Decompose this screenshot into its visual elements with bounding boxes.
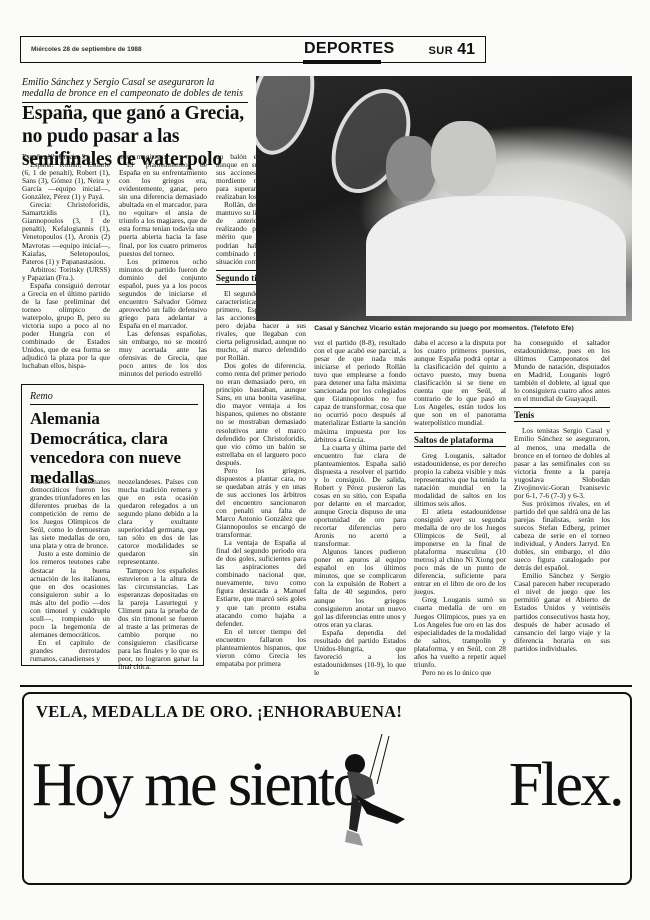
article-column-2: nos y magiares. El planteamiento de Espa…: [119, 153, 207, 378]
player-head: [431, 121, 496, 196]
paragraph: Los alemanes democráticos fueron los gra…: [30, 478, 110, 550]
paragraph: Greg Louganis, saltador estadounidense, …: [414, 452, 506, 508]
paragraph: En el tercer tiempo del encuentro fallar…: [216, 628, 306, 668]
paper-name: SUR: [428, 45, 453, 57]
paragraph: España: Rollán, Estiarte (6, 1 de penalt…: [22, 161, 110, 201]
player-shape: [366, 196, 626, 316]
paragraph: Greg Louganis sumó su cuarta medalla de …: [414, 596, 506, 668]
paragraph: Las defensas españolas, sin embargo, no …: [119, 330, 207, 378]
article-kicker: Emilio Sánchez y Sergio Casal se asegura…: [22, 77, 248, 103]
paragraph: Arbitros: Toritsky (URSS) y Papazian (Fr…: [22, 266, 110, 282]
paragraph: Dos goles de diferencia, como renta del …: [216, 362, 306, 467]
paragraph: Los tenistas Sergio Casal y Emilio Sánch…: [514, 427, 610, 499]
tennis-photo: [256, 76, 632, 321]
paragraph: El atleta estadounidense consiguió ayer …: [414, 508, 506, 597]
ad-top-line: VELA, MEDALLA DE ORO. ¡ENHORABUENA!: [36, 702, 402, 722]
article-column-1: España, 12; Grecia, 9. España: Rollán, E…: [22, 153, 110, 370]
paragraph: Tampoco los españoles estuvieron a la al…: [118, 567, 198, 672]
page-header: Miércoles 28 de septiembre de 1988 DEPOR…: [20, 36, 486, 63]
remo-headline: Alemania Democrática, clara vencedora co…: [30, 409, 200, 487]
paragraph: En el capítulo de grandes derrotados rum…: [30, 639, 110, 663]
paragraph: Algunos lances pudieron poner en apuros …: [314, 548, 406, 628]
remo-article-box: Remo Alemania Democrática, clara vencedo…: [21, 384, 204, 666]
paragraph: neozelandeses. Países con mucha tradició…: [118, 478, 198, 567]
subhead-saltos: Saltos de plataforma: [414, 432, 506, 447]
paper-masthead: SUR41: [428, 41, 475, 59]
paragraph: El planteamiento de España en su enfrent…: [119, 161, 207, 258]
paragraph: Los primeros ocho minutos de partido fue…: [119, 258, 207, 330]
paragraph: Justo a este dominio de los remeros teut…: [30, 550, 110, 639]
paragraph: España consiguió derrotar a Grecia en el…: [22, 282, 110, 371]
article-column-5: daba el acceso a la disputa por los cuat…: [414, 339, 506, 677]
paragraph: La cuarta y última parte del encuentro f…: [314, 444, 406, 549]
ad-brand: Flex.: [509, 752, 622, 818]
paragraph: España dependía del resultado del partid…: [314, 629, 406, 677]
issue-date: Miércoles 28 de septiembre de 1988: [31, 46, 142, 53]
racket-shape: [256, 76, 325, 162]
paragraph: Pero los griegos, dispuestos a plantar c…: [216, 467, 306, 539]
paragraph: Sus próximos rivales, en el partido del …: [514, 500, 610, 572]
player-head: [386, 136, 436, 201]
remo-label: Remo: [30, 391, 198, 405]
article-column-6: ha conseguido el saltador estadounidense…: [514, 339, 610, 653]
flex-advertisement: VELA, MEDALLA DE ORO. ¡ENHORABUENA! Hoy …: [22, 692, 632, 885]
page-number: 41: [457, 41, 475, 58]
paragraph: ha conseguido el saltador estadounidense…: [514, 339, 610, 403]
paragraph: La ventaja de España al final del segund…: [216, 539, 306, 628]
section-underline: [303, 60, 381, 64]
ad-slogan: Hoy me siento: [32, 752, 361, 818]
ad-separator: [20, 685, 632, 687]
remo-column-2: neozelandeses. Países con mucha tradició…: [118, 478, 198, 671]
paragraph: Grecia: Christoforidis, Samartzidis (1),…: [22, 201, 110, 265]
remo-column-1: Los alemanes democráticos fueron los gra…: [30, 478, 110, 663]
paragraph: Emilio Sánchez y Sergio Casal parecen ha…: [514, 572, 610, 652]
paragraph: Pero no es lo único que: [414, 669, 506, 677]
swinging-figure-icon: [327, 734, 417, 854]
article-column-4: vez el partido (8-8), resultado con el q…: [314, 339, 406, 677]
paragraph: daba el acceso a la disputa por los cuat…: [414, 339, 506, 428]
paragraph: vez el partido (8-8), resultado con el q…: [314, 339, 406, 444]
photo-caption: Casal y Sánchez Vicario están mejorando …: [256, 325, 632, 332]
subhead-tenis: Tenis: [514, 407, 610, 422]
section-title: DEPORTES: [304, 40, 394, 58]
